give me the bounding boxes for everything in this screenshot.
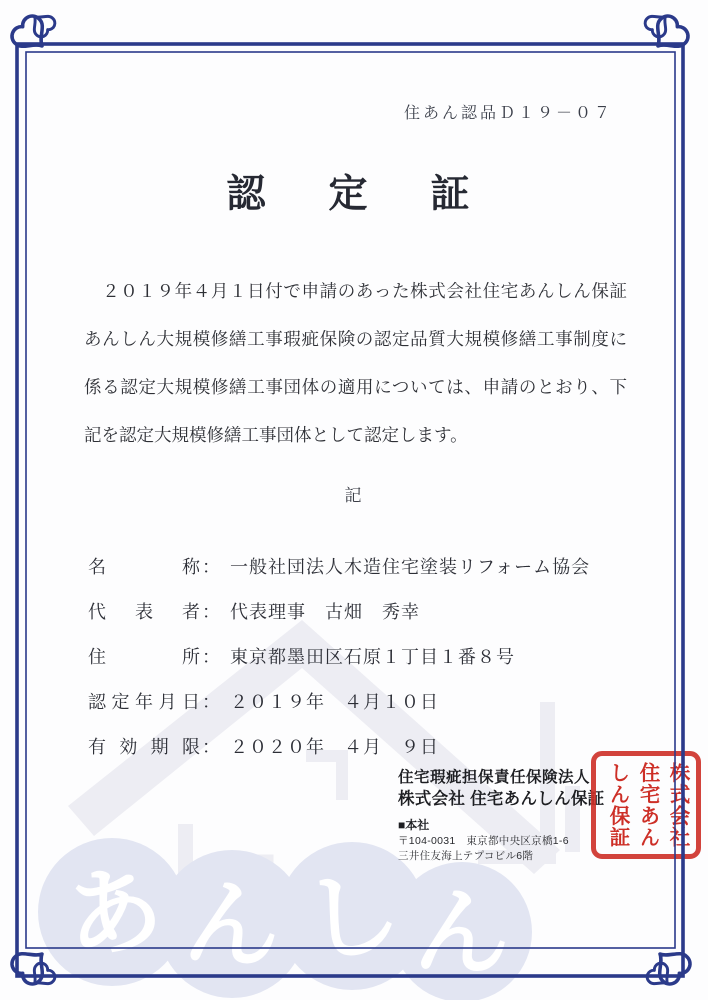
seal-column: 株式会社	[662, 759, 692, 851]
field-label: 名称	[88, 553, 200, 579]
field-value: 代表理事 古畑 秀幸	[230, 598, 420, 624]
field-label: 住所	[88, 643, 200, 669]
field-value: 一般社団法人木造住宅塗装リフォーム協会	[230, 553, 590, 579]
field-certification-date: 認定年月日：２０１９年 ４月１０日	[88, 688, 628, 733]
field-colon: ：	[202, 688, 220, 714]
field-representative: 代表者：代表理事 古畑 秀幸	[88, 598, 628, 643]
field-address: 住所：東京都墨田区石原１丁目１番８号	[88, 643, 628, 688]
body-line: 記を認定大規模修繕工事団体として認定します。	[84, 412, 627, 460]
record-marker: 記	[0, 481, 708, 506]
field-name: 名称：一般社団法人木造住宅塗装リフォーム協会	[88, 553, 628, 598]
field-value: ２０１９年 ４月１０日	[230, 688, 439, 714]
body-line: 係る認定大規模修繕工事団体の適用については、申請のとおり、下	[84, 364, 627, 412]
field-value: 東京都墨田区石原１丁目１番８号	[230, 643, 515, 669]
field-colon: ：	[202, 553, 220, 579]
seal-column: しん保証	[602, 759, 632, 851]
field-colon: ：	[202, 643, 220, 669]
document-number: 住あん認品Ｄ１９－０７	[404, 100, 613, 123]
field-label: 認定年月日	[88, 688, 200, 714]
company-seal-stamp: 株式会社 住宅あん しん保証	[591, 751, 701, 859]
field-value: ２０２０年 ４月 ９日	[230, 733, 439, 759]
field-label: 代表者	[88, 598, 200, 624]
body-line: ２０１９年４月１日付で申請のあった株式会社住宅あんしん保証	[84, 268, 627, 316]
certificate-page: あ ん し ん 住あん認品Ｄ１９－０７ 認 定 証 ２０１９年４月１日付で申請の…	[0, 0, 708, 1000]
certificate-body: ２０１９年４月１日付で申請のあった株式会社住宅あんしん保証 あんしん大規模修繕工…	[84, 268, 627, 460]
field-list: 名称：一般社団法人木造住宅塗装リフォーム協会 代表者：代表理事 古畑 秀幸 住所…	[88, 553, 628, 778]
field-colon: ：	[202, 733, 220, 759]
certificate-title: 認 定 証	[0, 163, 708, 219]
body-line: あんしん大規模修繕工事瑕疵保険の認定品質大規模修繕工事制度に	[84, 316, 627, 364]
seal-column: 住宅あん	[632, 759, 662, 851]
field-colon: ：	[202, 598, 220, 624]
field-label: 有効期限	[88, 733, 200, 759]
